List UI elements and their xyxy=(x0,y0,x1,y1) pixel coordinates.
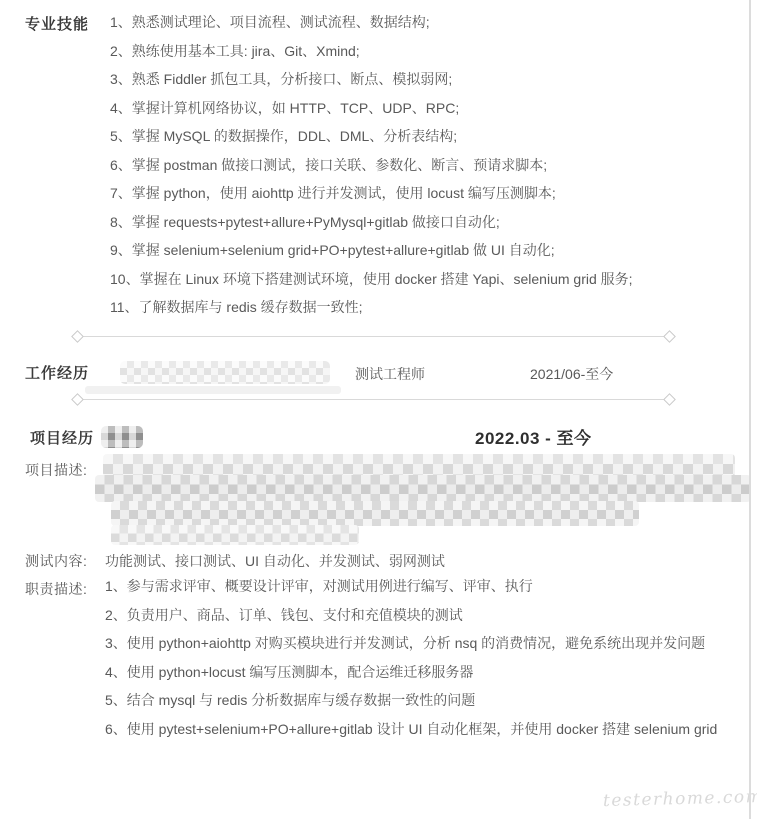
project-desc-label: 项目描述: xyxy=(25,460,87,480)
project-desc-redacted xyxy=(95,452,751,547)
duty-item: 1、参与需求评审、概要设计评审，对测试用例进行编写、评审、执行 xyxy=(105,572,717,601)
skill-item: 9、掌握 selenium+selenium grid+PO+pytest+al… xyxy=(110,236,633,265)
resume-page: 专业技能 1、熟悉测试理论、项目流程、测试流程、数据结构; 2、熟练使用基本工具… xyxy=(0,0,757,819)
project-period: 2022.03 - 至今 xyxy=(475,424,592,449)
work-section-title: 工作经历 xyxy=(25,362,89,383)
skills-list: 1、熟悉测试理论、项目流程、测试流程、数据结构; 2、熟练使用基本工具: jir… xyxy=(110,8,633,322)
diamond-icon xyxy=(71,393,84,406)
section-divider xyxy=(73,392,674,406)
skills-section-title: 专业技能 xyxy=(25,13,89,34)
test-content-label: 测试内容: xyxy=(25,551,87,571)
work-period: 2021/06-至今 xyxy=(530,364,613,384)
duties-label: 职责描述: xyxy=(25,579,87,599)
skill-item: 6、掌握 postman 做接口测试，接口关联、参数化、断言、预请求脚本; xyxy=(110,151,633,180)
watermark: testerhome.com xyxy=(602,787,757,811)
skill-item: 8、掌握 requests+pytest+allure+PyMysql+gitl… xyxy=(110,208,633,237)
page-right-edge xyxy=(749,0,751,819)
duty-item: 2、负责用户、商品、订单、钱包、支付和充值模块的测试 xyxy=(105,601,717,630)
duty-item: 4、使用 python+locust 编写压测脚本，配合运维迁移服务器 xyxy=(105,658,717,687)
duties-list: 1、参与需求评审、概要设计评审，对测试用例进行编写、评审、执行 2、负责用户、商… xyxy=(105,572,717,743)
divider-line xyxy=(82,399,665,400)
redacted-line xyxy=(95,475,751,502)
duty-item: 5、结合 mysql 与 redis 分析数据库与缓存数据一致性的问题 xyxy=(105,686,717,715)
skill-item: 5、掌握 MySQL 的数据操作，DDL、DML、分析表结构; xyxy=(110,122,633,151)
duty-item: 6、使用 pytest+selenium+PO+allure+gitlab 设计… xyxy=(105,715,717,744)
redacted-line xyxy=(103,454,735,477)
redacted-line xyxy=(111,501,639,526)
skill-item: 11、了解数据库与 redis 缓存数据一致性; xyxy=(110,293,633,322)
company-name-redacted xyxy=(120,361,330,384)
project-section-title: 项目经历 xyxy=(30,427,94,448)
diamond-icon xyxy=(71,330,84,343)
divider-line xyxy=(82,336,665,337)
skill-item: 4、掌握计算机网络协议，如 HTTP、TCP、UDP、RPC; xyxy=(110,94,633,123)
duty-item: 3、使用 python+aiohttp 对购买模块进行并发测试，分析 nsq 的… xyxy=(105,629,717,658)
skill-item: 10、掌握在 Linux 环境下搭建测试环境，使用 docker 搭建 Yapi… xyxy=(110,265,633,294)
diamond-icon xyxy=(663,393,676,406)
skill-item: 2、熟练使用基本工具: jira、Git、Xmind; xyxy=(110,37,633,66)
skill-item: 1、熟悉测试理论、项目流程、测试流程、数据结构; xyxy=(110,8,633,37)
test-content-value: 功能测试、接口测试、UI 自动化、并发测试、弱网测试 xyxy=(105,551,445,571)
diamond-icon xyxy=(663,330,676,343)
skill-item: 7、掌握 python，使用 aiohttp 进行并发测试，使用 locust … xyxy=(110,179,633,208)
job-title: 测试工程师 xyxy=(355,364,425,384)
section-divider xyxy=(73,329,674,343)
project-name-redacted xyxy=(101,426,143,448)
redacted-line xyxy=(111,525,359,545)
skill-item: 3、熟悉 Fiddler 抓包工具，分析接口、断点、模拟弱网; xyxy=(110,65,633,94)
